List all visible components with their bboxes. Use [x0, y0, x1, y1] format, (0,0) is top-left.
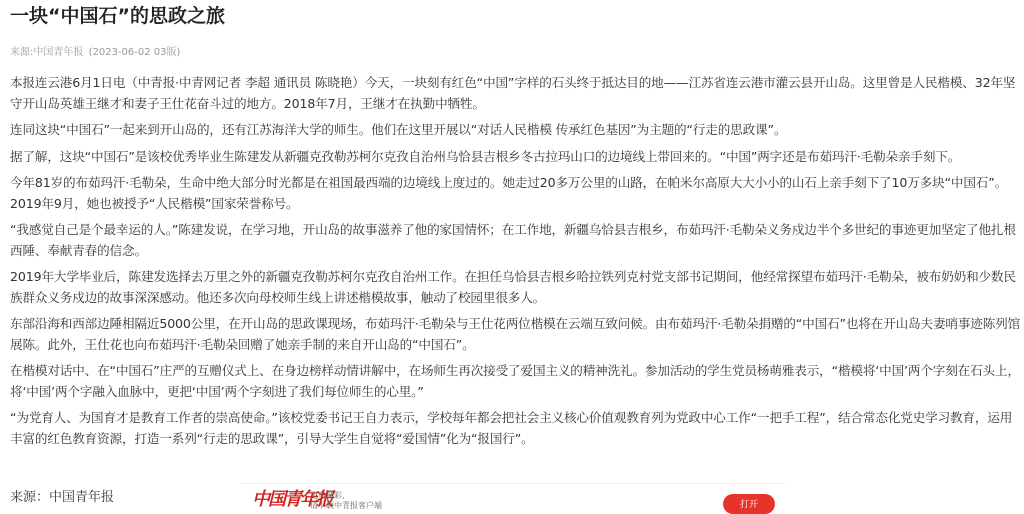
app-promo-line2: 请下载中青报客户端: [310, 501, 382, 511]
paragraph: 在楷模对话中、在“中国石”庄严的互赠仪式上、在身边榜样动情讲解中，在场师生再次接…: [10, 361, 1022, 402]
paragraph: 本报连云港6月1日电（中青报·中青网记者 李超 通讯员 陈晓艳）今天，一块刻有红…: [10, 73, 1022, 114]
article-date: (2023-06-02 03版): [89, 47, 181, 58]
paragraph: 今年81岁的布茹玛汗·毛勒朵，生命中绝大部分时光都是在祖国最西端的边境线上度过的…: [10, 173, 1022, 214]
article-title: 一块“中国石”的思政之旅: [10, 1, 225, 28]
paragraph: “我感觉自己是个最幸运的人。”陈建发说，在学习地，开山岛的故事滋养了他的家国情怀…: [10, 220, 1022, 261]
paragraph: 连同这块“中国石”一起来到开山岛的，还有江苏海洋大学的师生。他们在这里开展以“对…: [10, 120, 1022, 141]
article-meta: 来源:中国青年报 (2023-06-02 03版): [10, 43, 180, 58]
app-promo-text: 更多精彩, 请下载中青报客户端: [310, 491, 382, 511]
paragraph: 2019年大学毕业后，陈建发选择去万里之外的新疆克孜勒苏柯尔克孜自治州工作。在担…: [10, 267, 1022, 308]
paragraph: 东部沿海和西部边陲相隔近5000公里，在开山岛的思政课现场，布茹玛汗·毛勒朵与王…: [10, 314, 1022, 355]
paragraph: 据了解，这块“中国石”是该校优秀毕业生陈建发从新疆克孜勒苏柯尔克孜自治州乌恰县吉…: [10, 147, 1022, 168]
app-download-banner[interactable]: 中国青年报 更多精彩, 请下载中青报客户端 打开: [240, 483, 785, 514]
paragraph: “为党育人、为国育才是教育工作者的崇高使命。”该校党委书记王自力表示，学校每年都…: [10, 408, 1022, 449]
open-app-button[interactable]: 打开: [723, 494, 775, 514]
app-promo-line1: 更多精彩,: [310, 491, 382, 501]
article-source-footer: 来源：中国青年报: [10, 486, 114, 505]
article-body: 本报连云港6月1日电（中青报·中青网记者 李超 通讯员 陈晓艳）今天，一块刻有红…: [10, 73, 1022, 455]
article-source: 来源:中国青年报: [10, 47, 83, 58]
